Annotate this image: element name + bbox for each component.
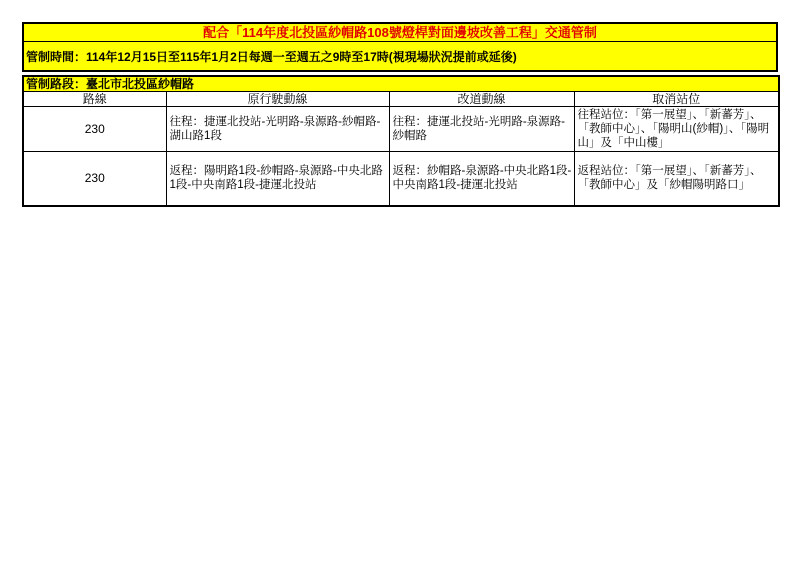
traffic-notice-document: 配合「114年度北投區紗帽路108號燈桿對面邊坡改善工程」交通管制 管制時間：1… bbox=[22, 22, 778, 207]
control-section-row: 管制路段：臺北市北投區紗帽路 bbox=[23, 76, 779, 92]
detour-route-cell: 往程：捷運北投站-光明路-泉源路-紗帽路 bbox=[389, 107, 574, 152]
document-page: 配合「114年度北投區紗帽路108號燈桿對面邊坡改善工程」交通管制 管制時間：1… bbox=[0, 0, 800, 564]
route-number-cell: 230 bbox=[23, 152, 166, 206]
original-route-cell: 返程：陽明路1段-紗帽路-泉源路-中央北路1段-中央南路1段-捷運北投站 bbox=[166, 152, 389, 206]
control-section-text: 管制路段：臺北市北投區紗帽路 bbox=[23, 76, 779, 92]
control-time-row: 管制時間：114年12月15日至115年1月2日每週一至週五之9時至17時(視現… bbox=[23, 42, 777, 72]
detour-route-cell: 返程：紗帽路-泉源路-中央北路1段-中央南路1段-捷運北投站 bbox=[389, 152, 574, 206]
original-route-cell: 往程：捷運北投站-光明路-泉源路-紗帽路-湖山路1段 bbox=[166, 107, 389, 152]
col-header-original-route: 原行駛動線 bbox=[166, 92, 389, 107]
title-row: 配合「114年度北投區紗帽路108號燈桿對面邊坡改善工程」交通管制 bbox=[23, 23, 777, 42]
header-row: 路線 原行駛動線 改道動線 取消站位 bbox=[23, 92, 779, 107]
cancelled-stops-cell: 返程站位：「第一展望」、「新蕃芳」、「教師中心」及「紗帽陽明路口」 bbox=[574, 152, 779, 206]
col-header-route: 路線 bbox=[23, 92, 166, 107]
table-row-outbound: 230 往程：捷運北投站-光明路-泉源路-紗帽路-湖山路1段 往程：捷運北投站-… bbox=[23, 107, 779, 152]
col-header-cancelled-stops: 取消站位 bbox=[574, 92, 779, 107]
control-time-text: 管制時間：114年12月15日至115年1月2日每週一至週五之9時至17時(視現… bbox=[23, 42, 777, 72]
notice-title: 配合「114年度北投區紗帽路108號燈桿對面邊坡改善工程」交通管制 bbox=[23, 23, 777, 42]
banner-table: 配合「114年度北投區紗帽路108號燈桿對面邊坡改善工程」交通管制 管制時間：1… bbox=[22, 22, 778, 72]
col-header-detour-route: 改道動線 bbox=[389, 92, 574, 107]
route-detour-table: 管制路段：臺北市北投區紗帽路 路線 原行駛動線 改道動線 取消站位 230 往程… bbox=[22, 75, 780, 207]
table-row-return: 230 返程：陽明路1段-紗帽路-泉源路-中央北路1段-中央南路1段-捷運北投站… bbox=[23, 152, 779, 206]
cancelled-stops-cell: 往程站位：「第一展望」、「新蕃芳」、「教師中心」、「陽明山(紗帽)」、「陽明山」… bbox=[574, 107, 779, 152]
route-number-cell: 230 bbox=[23, 107, 166, 152]
